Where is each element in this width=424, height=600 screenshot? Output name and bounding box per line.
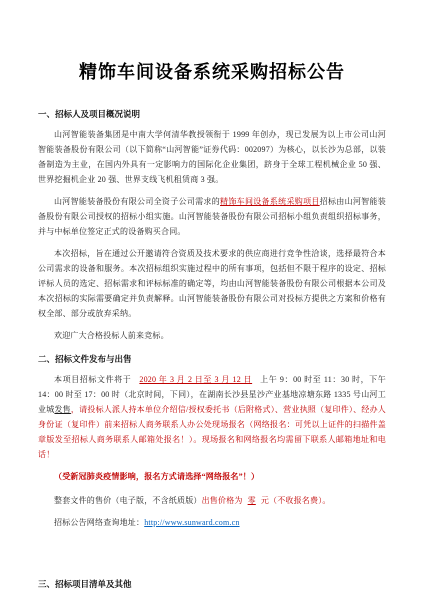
section-2: 二、招标文件发布与出售 本项目招标文件将于2020 年 3 月 2 日至 3 月…: [38, 353, 386, 530]
paragraph-text: 欢迎广大合格投标人前来竞标。: [54, 331, 169, 340]
covid-notice: （受新冠肺炎疫情影响，报名方式请选择“网络报名”！）: [38, 469, 386, 484]
announcement-link[interactable]: http://www.sunward.com.cn: [144, 518, 239, 527]
notice-text: （受新冠肺炎疫情影响，报名方式请选择“网络报名”！）: [54, 472, 259, 481]
paragraph-bid-rules: 本次招标，旨在通过公开邀请符合资质及技术要求的供应商进行竞争性洽谈，选择最符合本…: [38, 246, 386, 321]
paragraph-text: 山河智能装备股份有限公司全资子公司需求的: [54, 197, 220, 206]
sale-word-underline: 发售: [54, 405, 70, 414]
url-label: 招标公告网络查询地址：: [54, 518, 144, 527]
section2-heading: 二、招标文件发布与出售: [38, 353, 386, 365]
sale-date-highlight: 2020 年 3 月 2 日至 3 月 12 日: [131, 375, 260, 384]
section3-heading: 三、招标项目清单及其他: [38, 578, 386, 590]
price-value: 零: [243, 496, 261, 505]
paragraph-text: 整套文件的售价（电子版，不含纸质版）: [54, 496, 202, 505]
paragraph-announcement-url: 招标公告网络查询地址：http://www.sunward.com.cn: [38, 515, 386, 530]
document-title: 精饰车间设备系统采购招标公告: [38, 58, 386, 84]
paragraph-text: 本次招标，旨在通过公开邀请符合资质及技术要求的供应商进行竞争性洽谈，选择最符合本…: [38, 249, 386, 318]
price-label-red: 出售价格为: [202, 496, 243, 505]
section-1: 一、招标人及项目概况说明 山河智能装备集团是中南大学何清华教授领衔于 1999 …: [38, 108, 386, 343]
paragraph-project: 山河智能装备股份有限公司全资子公司需求的精饰车间设备系统采购项目招标由山河智能装…: [38, 194, 386, 239]
paragraph-welcome: 欢迎广大合格投标人前来竞标。: [38, 328, 386, 343]
document-page: 精饰车间设备系统采购招标公告 一、招标人及项目概况说明 山河智能装备集团是中南大…: [0, 0, 424, 600]
paragraph-text: 山河智能装备集团是中南大学何清华教授领衔于 1999 年创办，现已发展为以上市公…: [38, 130, 386, 184]
project-name-highlight: 精饰车间设备系统采购项目: [220, 197, 320, 206]
paragraph-document-sale: 本项目招标文件将于2020 年 3 月 2 日至 3 月 12 日上午 9：00…: [38, 372, 386, 462]
section-3: 三、招标项目清单及其他: [38, 578, 386, 590]
registration-instructions-red: ，请投标人派人持本单位介绍信/授权委托书（后附格式）、营业执照（复印件）、经办人…: [38, 405, 386, 459]
paragraph-text: 本项目招标文件将于: [54, 375, 131, 384]
paragraph-price: 整套文件的售价（电子版，不含纸质版）出售价格为零元（不收报名费）。: [38, 493, 386, 508]
section1-heading: 一、招标人及项目概况说明: [38, 108, 386, 120]
price-suffix-red: 元（不收报名费）。: [261, 496, 331, 505]
paragraph-company-intro: 山河智能装备集团是中南大学何清华教授领衔于 1999 年创办，现已发展为以上市公…: [38, 127, 386, 187]
